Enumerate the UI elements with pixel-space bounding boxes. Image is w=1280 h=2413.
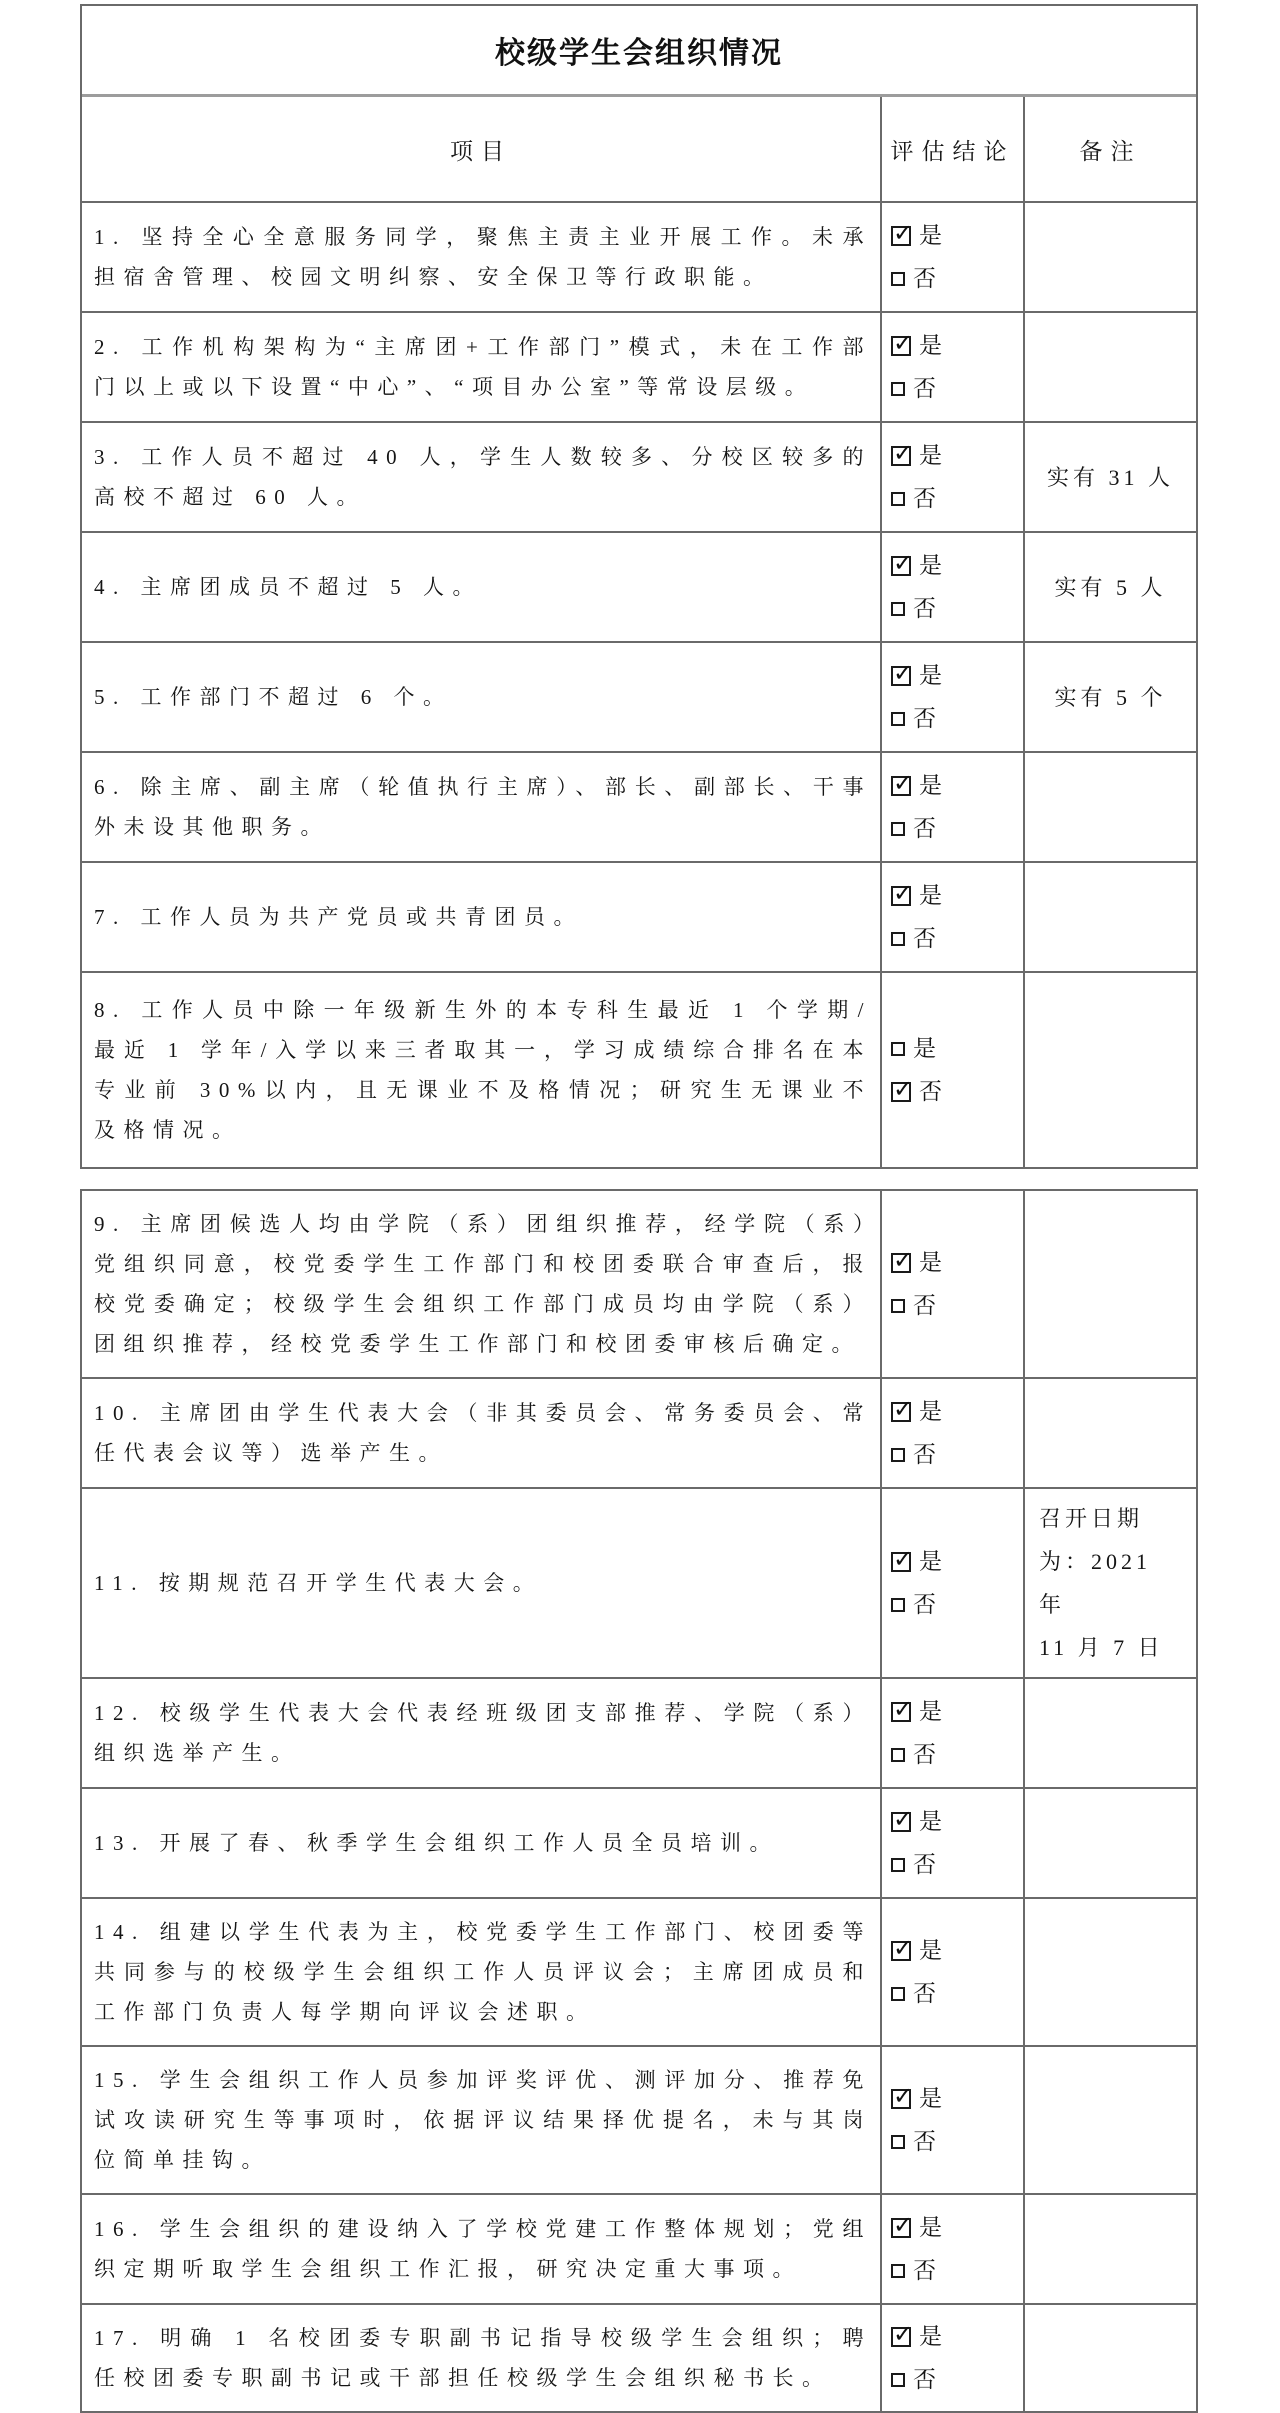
checkbox-no-icon[interactable] (891, 1299, 905, 1313)
checkbox-no-icon[interactable] (891, 1448, 905, 1462)
item-cell: 12. 校级学生代表大会代表经班级团支部推荐、学院（系）组织选举产生。 (82, 1679, 882, 1787)
option-no[interactable]: 否 (891, 1291, 1023, 1321)
evaluation-cell: 是 否 (882, 313, 1025, 421)
option-yes[interactable]: 是 (891, 551, 1023, 581)
item-cell: 15. 学生会组织工作人员参加评奖评优、测评加分、推荐免试攻读研究生等事项时，依… (82, 2047, 882, 2193)
option-no[interactable]: 否 (891, 594, 1023, 624)
no-label: 否 (913, 1979, 938, 2009)
checkbox-yes-icon[interactable] (891, 1702, 911, 1722)
yes-label: 是 (919, 1936, 944, 1966)
evaluation-cell: 是 否 (882, 533, 1025, 641)
option-no[interactable]: 否 (891, 1979, 1023, 2009)
remark-cell: 召开日期 为：2021 年 11 月 7 日 (1025, 1489, 1196, 1677)
item-text: 3. 工作人员不超过 40 人，学生人数较多、分校区较多的高校不超过 60 人。 (94, 437, 872, 517)
no-label: 否 (913, 264, 938, 294)
remark-cell (1025, 1191, 1196, 1377)
option-no[interactable]: 否 (891, 1740, 1023, 1770)
option-no[interactable]: 否 (891, 264, 1023, 294)
yes-label: 是 (919, 2084, 944, 2114)
item-text: 12. 校级学生代表大会代表经班级团支部推荐、学院（系）组织选举产生。 (94, 1693, 872, 1773)
table-row: 7. 工作人员为共产党员或共青团员。 是 否 (82, 861, 1196, 971)
no-label: 否 (913, 2256, 938, 2286)
checkbox-no-icon[interactable] (891, 272, 905, 286)
evaluation-cell: 是 否 (882, 423, 1025, 531)
option-no[interactable]: 否 (891, 1590, 1023, 1620)
checkbox-yes-icon[interactable] (891, 1042, 905, 1056)
option-yes[interactable]: 是 (891, 331, 1023, 361)
column-header-evaluation: 评估结论 (882, 97, 1025, 201)
checkbox-yes-icon[interactable] (891, 666, 911, 686)
evaluation-cell: 是 否 (882, 753, 1025, 861)
item-cell: 9. 主席团候选人均由学院（系）团组织推荐，经学院（系）党组织同意，校党委学生工… (82, 1191, 882, 1377)
item-cell: 8. 工作人员中除一年级新生外的本专科生最近 1 个学期/最近 1 学年/入学以… (82, 973, 882, 1167)
item-text: 9. 主席团候选人均由学院（系）团组织推荐，经学院（系）党组织同意，校党委学生工… (94, 1204, 872, 1364)
checkbox-yes-icon[interactable] (891, 336, 911, 356)
no-label: 否 (913, 1291, 938, 1321)
option-no[interactable]: 否 (891, 704, 1023, 734)
remark-cell: 实有 5 人 (1025, 533, 1196, 641)
checkbox-yes-icon[interactable] (891, 2218, 911, 2238)
checkbox-no-icon[interactable] (891, 1748, 905, 1762)
item-text: 1. 坚持全心全意服务同学，聚焦主责主业开展工作。未承担宿舍管理、校园文明纠察、… (94, 217, 872, 297)
evaluation-cell: 是 否 (882, 643, 1025, 751)
evaluation-cell: 是 否 (882, 1489, 1025, 1677)
evaluation-cell: 是 否 (882, 1899, 1025, 2045)
checkbox-no-icon[interactable] (891, 1082, 911, 1102)
item-text: 14. 组建以学生代表为主，校党委学生工作部门、校团委等共同参与的校级学生会组织… (94, 1912, 872, 2032)
checkbox-yes-icon[interactable] (891, 446, 911, 466)
option-yes[interactable]: 是 (891, 771, 1023, 801)
checkbox-no-icon[interactable] (891, 492, 905, 506)
yes-label: 是 (919, 221, 944, 251)
table-header-row: 项目 评估结论 备注 (82, 97, 1196, 201)
item-cell: 5. 工作部门不超过 6 个。 (82, 643, 882, 751)
table-row: 8. 工作人员中除一年级新生外的本专科生最近 1 个学期/最近 1 学年/入学以… (82, 971, 1196, 1167)
option-yes[interactable]: 是 (891, 1397, 1023, 1427)
table-row: 11. 按期规范召开学生代表大会。 是 否 召开日期 为：2021 年 11 月… (82, 1487, 1196, 1677)
item-cell: 7. 工作人员为共产党员或共青团员。 (82, 863, 882, 971)
yes-label: 是 (919, 1248, 944, 1278)
item-text: 5. 工作部门不超过 6 个。 (94, 677, 872, 717)
item-cell: 2. 工作机构架构为“主席团+工作部门”模式，未在工作部门以上或以下设置“中心”… (82, 313, 882, 421)
option-yes[interactable]: 是 (891, 1936, 1023, 1966)
title-row: 校级学生会组织情况 (82, 6, 1196, 97)
no-label: 否 (913, 1440, 938, 1470)
table-row: 2. 工作机构架构为“主席团+工作部门”模式，未在工作部门以上或以下设置“中心”… (82, 311, 1196, 421)
evaluation-cell: 是 否 (882, 1679, 1025, 1787)
checkbox-no-icon[interactable] (891, 382, 905, 396)
item-cell: 3. 工作人员不超过 40 人，学生人数较多、分校区较多的高校不超过 60 人。 (82, 423, 882, 531)
item-text: 4. 主席团成员不超过 5 人。 (94, 567, 872, 607)
yes-label: 是 (913, 1034, 938, 1064)
no-label: 否 (913, 924, 938, 954)
checkbox-no-icon[interactable] (891, 822, 905, 836)
option-no[interactable]: 否 (891, 924, 1023, 954)
option-yes[interactable]: 是 (891, 2213, 1023, 2243)
item-cell: 1. 坚持全心全意服务同学，聚焦主责主业开展工作。未承担宿舍管理、校园文明纠察、… (82, 203, 882, 311)
table-row: 16. 学生会组织的建设纳入了学校党建工作整体规划；党组织定期听取学生会组织工作… (82, 2193, 1196, 2303)
page-title: 校级学生会组织情况 (495, 28, 783, 72)
item-text: 11. 按期规范召开学生代表大会。 (94, 1563, 872, 1603)
option-no[interactable]: 否 (891, 484, 1023, 514)
yes-label: 是 (919, 551, 944, 581)
table-row: 5. 工作部门不超过 6 个。 是 否 实有 5 个 (82, 641, 1196, 751)
item-cell: 16. 学生会组织的建设纳入了学校党建工作整体规划；党组织定期听取学生会组织工作… (82, 2195, 882, 2303)
yes-label: 是 (919, 881, 944, 911)
evaluation-cell: 是 否 (882, 1379, 1025, 1487)
no-label: 否 (919, 1077, 944, 1107)
evaluation-cell: 是 否 (882, 2047, 1025, 2193)
table-row: 10. 主席团由学生代表大会（非其委员会、常务委员会、常任代表会议等）选举产生。… (82, 1377, 1196, 1487)
checkbox-yes-icon[interactable] (891, 1812, 911, 1832)
item-cell: 4. 主席团成员不超过 5 人。 (82, 533, 882, 641)
remark-cell (1025, 2195, 1196, 2303)
checkbox-yes-icon[interactable] (891, 2327, 911, 2347)
item-cell: 17. 明确 1 名校团委专职副书记指导校级学生会组织；聘任校团委专职副书记或干… (82, 2305, 882, 2363)
assessment-document: 校级学生会组织情况 项目 评估结论 备注 1. 坚持全心全意服务同学，聚焦主责主… (80, 4, 1198, 2363)
remark-cell (1025, 2047, 1196, 2193)
option-yes[interactable]: 是 (891, 1034, 1023, 1064)
item-cell: 10. 主席团由学生代表大会（非其委员会、常务委员会、常任代表会议等）选举产生。 (82, 1379, 882, 1487)
checkbox-no-icon[interactable] (891, 1858, 905, 1872)
option-yes[interactable]: 是 (891, 661, 1023, 691)
option-no[interactable]: 否 (891, 1077, 1023, 1107)
option-no[interactable]: 否 (891, 814, 1023, 844)
no-label: 否 (913, 374, 938, 404)
yes-label: 是 (919, 2213, 944, 2243)
table-row: 3. 工作人员不超过 40 人，学生人数较多、分校区较多的高校不超过 60 人。… (82, 421, 1196, 531)
no-label: 否 (913, 1850, 938, 1880)
assessment-table-page-1: 校级学生会组织情况 项目 评估结论 备注 1. 坚持全心全意服务同学，聚焦主责主… (80, 4, 1198, 1169)
table-row: 15. 学生会组织工作人员参加评奖评优、测评加分、推荐免试攻读研究生等事项时，依… (82, 2045, 1196, 2193)
remark-cell: 实有 5 个 (1025, 643, 1196, 751)
remark-cell (1025, 1789, 1196, 1897)
item-text: 13. 开展了春、秋季学生会组织工作人员全员培训。 (94, 1823, 872, 1863)
evaluation-cell: 是 否 (882, 203, 1025, 311)
no-label: 否 (913, 1590, 938, 1620)
table-row: 17. 明确 1 名校团委专职副书记指导校级学生会组织；聘任校团委专职副书记或干… (82, 2303, 1196, 2363)
option-yes[interactable]: 是 (891, 1697, 1023, 1727)
yes-label: 是 (919, 771, 944, 801)
remark-cell (1025, 203, 1196, 311)
evaluation-cell: 是 否 (882, 1191, 1025, 1377)
remark-cell (1025, 2305, 1196, 2363)
checkbox-yes-icon[interactable] (891, 1941, 911, 1961)
checkbox-yes-icon[interactable] (891, 1402, 911, 1422)
checkbox-yes-icon[interactable] (891, 2089, 911, 2109)
rows-page-1: 1. 坚持全心全意服务同学，聚焦主责主业开展工作。未承担宿舍管理、校园文明纠察、… (82, 201, 1196, 1167)
checkbox-yes-icon[interactable] (891, 226, 911, 246)
table-row: 13. 开展了春、秋季学生会组织工作人员全员培训。 是 否 (82, 1787, 1196, 1897)
no-label: 否 (913, 594, 938, 624)
option-no[interactable]: 否 (891, 374, 1023, 404)
checkbox-no-icon[interactable] (891, 602, 905, 616)
column-header-remark: 备注 (1025, 97, 1196, 201)
no-label: 否 (913, 814, 938, 844)
remark-cell (1025, 1679, 1196, 1787)
table-row: 14. 组建以学生代表为主，校党委学生工作部门、校团委等共同参与的校级学生会组织… (82, 1897, 1196, 2045)
item-text: 7. 工作人员为共产党员或共青团员。 (94, 897, 872, 937)
option-yes[interactable]: 是 (891, 1807, 1023, 1837)
item-text: 16. 学生会组织的建设纳入了学校党建工作整体规划；党组织定期听取学生会组织工作… (94, 2209, 872, 2289)
yes-label: 是 (919, 661, 944, 691)
yes-label: 是 (919, 441, 944, 471)
evaluation-cell: 是 否 (882, 973, 1025, 1167)
checkbox-yes-icon[interactable] (891, 556, 911, 576)
no-label: 否 (913, 704, 938, 734)
option-no[interactable]: 否 (891, 1850, 1023, 1880)
option-yes[interactable]: 是 (891, 2322, 1023, 2352)
item-text: 6. 除主席、副主席（轮值执行主席）、部长、副部长、干事外未设其他职务。 (94, 767, 872, 847)
option-yes[interactable]: 是 (891, 881, 1023, 911)
yes-label: 是 (919, 331, 944, 361)
remark-cell (1025, 1899, 1196, 2045)
option-yes[interactable]: 是 (891, 1248, 1023, 1278)
checkbox-yes-icon[interactable] (891, 1552, 911, 1572)
table-row: 1. 坚持全心全意服务同学，聚焦主责主业开展工作。未承担宿舍管理、校园文明纠察、… (82, 201, 1196, 311)
item-text: 2. 工作机构架构为“主席团+工作部门”模式，未在工作部门以上或以下设置“中心”… (94, 327, 872, 407)
item-cell: 6. 除主席、副主席（轮值执行主席）、部长、副部长、干事外未设其他职务。 (82, 753, 882, 861)
evaluation-cell: 是 否 (882, 2305, 1025, 2363)
item-cell: 13. 开展了春、秋季学生会组织工作人员全员培训。 (82, 1789, 882, 1897)
yes-label: 是 (919, 1697, 944, 1727)
checkbox-yes-icon[interactable] (891, 886, 911, 906)
option-no[interactable]: 否 (891, 2256, 1023, 2286)
yes-label: 是 (919, 1547, 944, 1577)
table-row: 6. 除主席、副主席（轮值执行主席）、部长、副部长、干事外未设其他职务。 是 否 (82, 751, 1196, 861)
yes-label: 是 (919, 1397, 944, 1427)
checkbox-no-icon[interactable] (891, 2135, 905, 2149)
remark-cell (1025, 313, 1196, 421)
no-label: 否 (913, 2127, 938, 2157)
no-label: 否 (913, 1740, 938, 1770)
option-yes[interactable]: 是 (891, 2084, 1023, 2114)
option-no[interactable]: 否 (891, 1440, 1023, 1470)
option-yes[interactable]: 是 (891, 1547, 1023, 1577)
remark-cell (1025, 973, 1196, 1167)
checkbox-no-icon[interactable] (891, 1987, 905, 2001)
remark-cell (1025, 1379, 1196, 1487)
evaluation-cell: 是 否 (882, 2195, 1025, 2303)
checkbox-no-icon[interactable] (891, 2264, 905, 2278)
table-row: 9. 主席团候选人均由学院（系）团组织推荐，经学院（系）党组织同意，校党委学生工… (82, 1191, 1196, 1377)
evaluation-cell: 是 否 (882, 863, 1025, 971)
item-text: 10. 主席团由学生代表大会（非其委员会、常务委员会、常任代表会议等）选举产生。 (94, 1393, 872, 1473)
checkbox-yes-icon[interactable] (891, 1253, 911, 1273)
table-row: 4. 主席团成员不超过 5 人。 是 否 实有 5 人 (82, 531, 1196, 641)
item-text: 15. 学生会组织工作人员参加评奖评优、测评加分、推荐免试攻读研究生等事项时，依… (94, 2060, 872, 2180)
checkbox-no-icon[interactable] (891, 1598, 905, 1612)
checkbox-no-icon[interactable] (891, 712, 905, 726)
yes-label: 是 (919, 1807, 944, 1837)
yes-label: 是 (919, 2322, 944, 2352)
checkbox-no-icon[interactable] (891, 932, 905, 946)
option-yes[interactable]: 是 (891, 221, 1023, 251)
item-text: 17. 明确 1 名校团委专职副书记指导校级学生会组织；聘任校团委专职副书记或干… (94, 2318, 872, 2363)
item-cell: 14. 组建以学生代表为主，校党委学生工作部门、校团委等共同参与的校级学生会组织… (82, 1899, 882, 2045)
checkbox-yes-icon[interactable] (891, 776, 911, 796)
item-text: 8. 工作人员中除一年级新生外的本专科生最近 1 个学期/最近 1 学年/入学以… (94, 990, 872, 1150)
option-no[interactable]: 否 (891, 2127, 1023, 2157)
column-header-item: 项目 (82, 97, 882, 201)
remark-cell (1025, 863, 1196, 971)
rows-page-2: 9. 主席团候选人均由学院（系）团组织推荐，经学院（系）党组织同意，校党委学生工… (82, 1191, 1196, 2363)
page-break-gap (80, 1169, 1198, 1189)
table-row: 12. 校级学生代表大会代表经班级团支部推荐、学院（系）组织选举产生。 是 否 (82, 1677, 1196, 1787)
item-cell: 11. 按期规范召开学生代表大会。 (82, 1489, 882, 1677)
evaluation-cell: 是 否 (882, 1789, 1025, 1897)
option-yes[interactable]: 是 (891, 441, 1023, 471)
assessment-table-page-2: 9. 主席团候选人均由学院（系）团组织推荐，经学院（系）党组织同意，校党委学生工… (80, 1189, 1198, 2363)
no-label: 否 (913, 484, 938, 514)
remark-cell (1025, 753, 1196, 861)
remark-cell: 实有 31 人 (1025, 423, 1196, 531)
